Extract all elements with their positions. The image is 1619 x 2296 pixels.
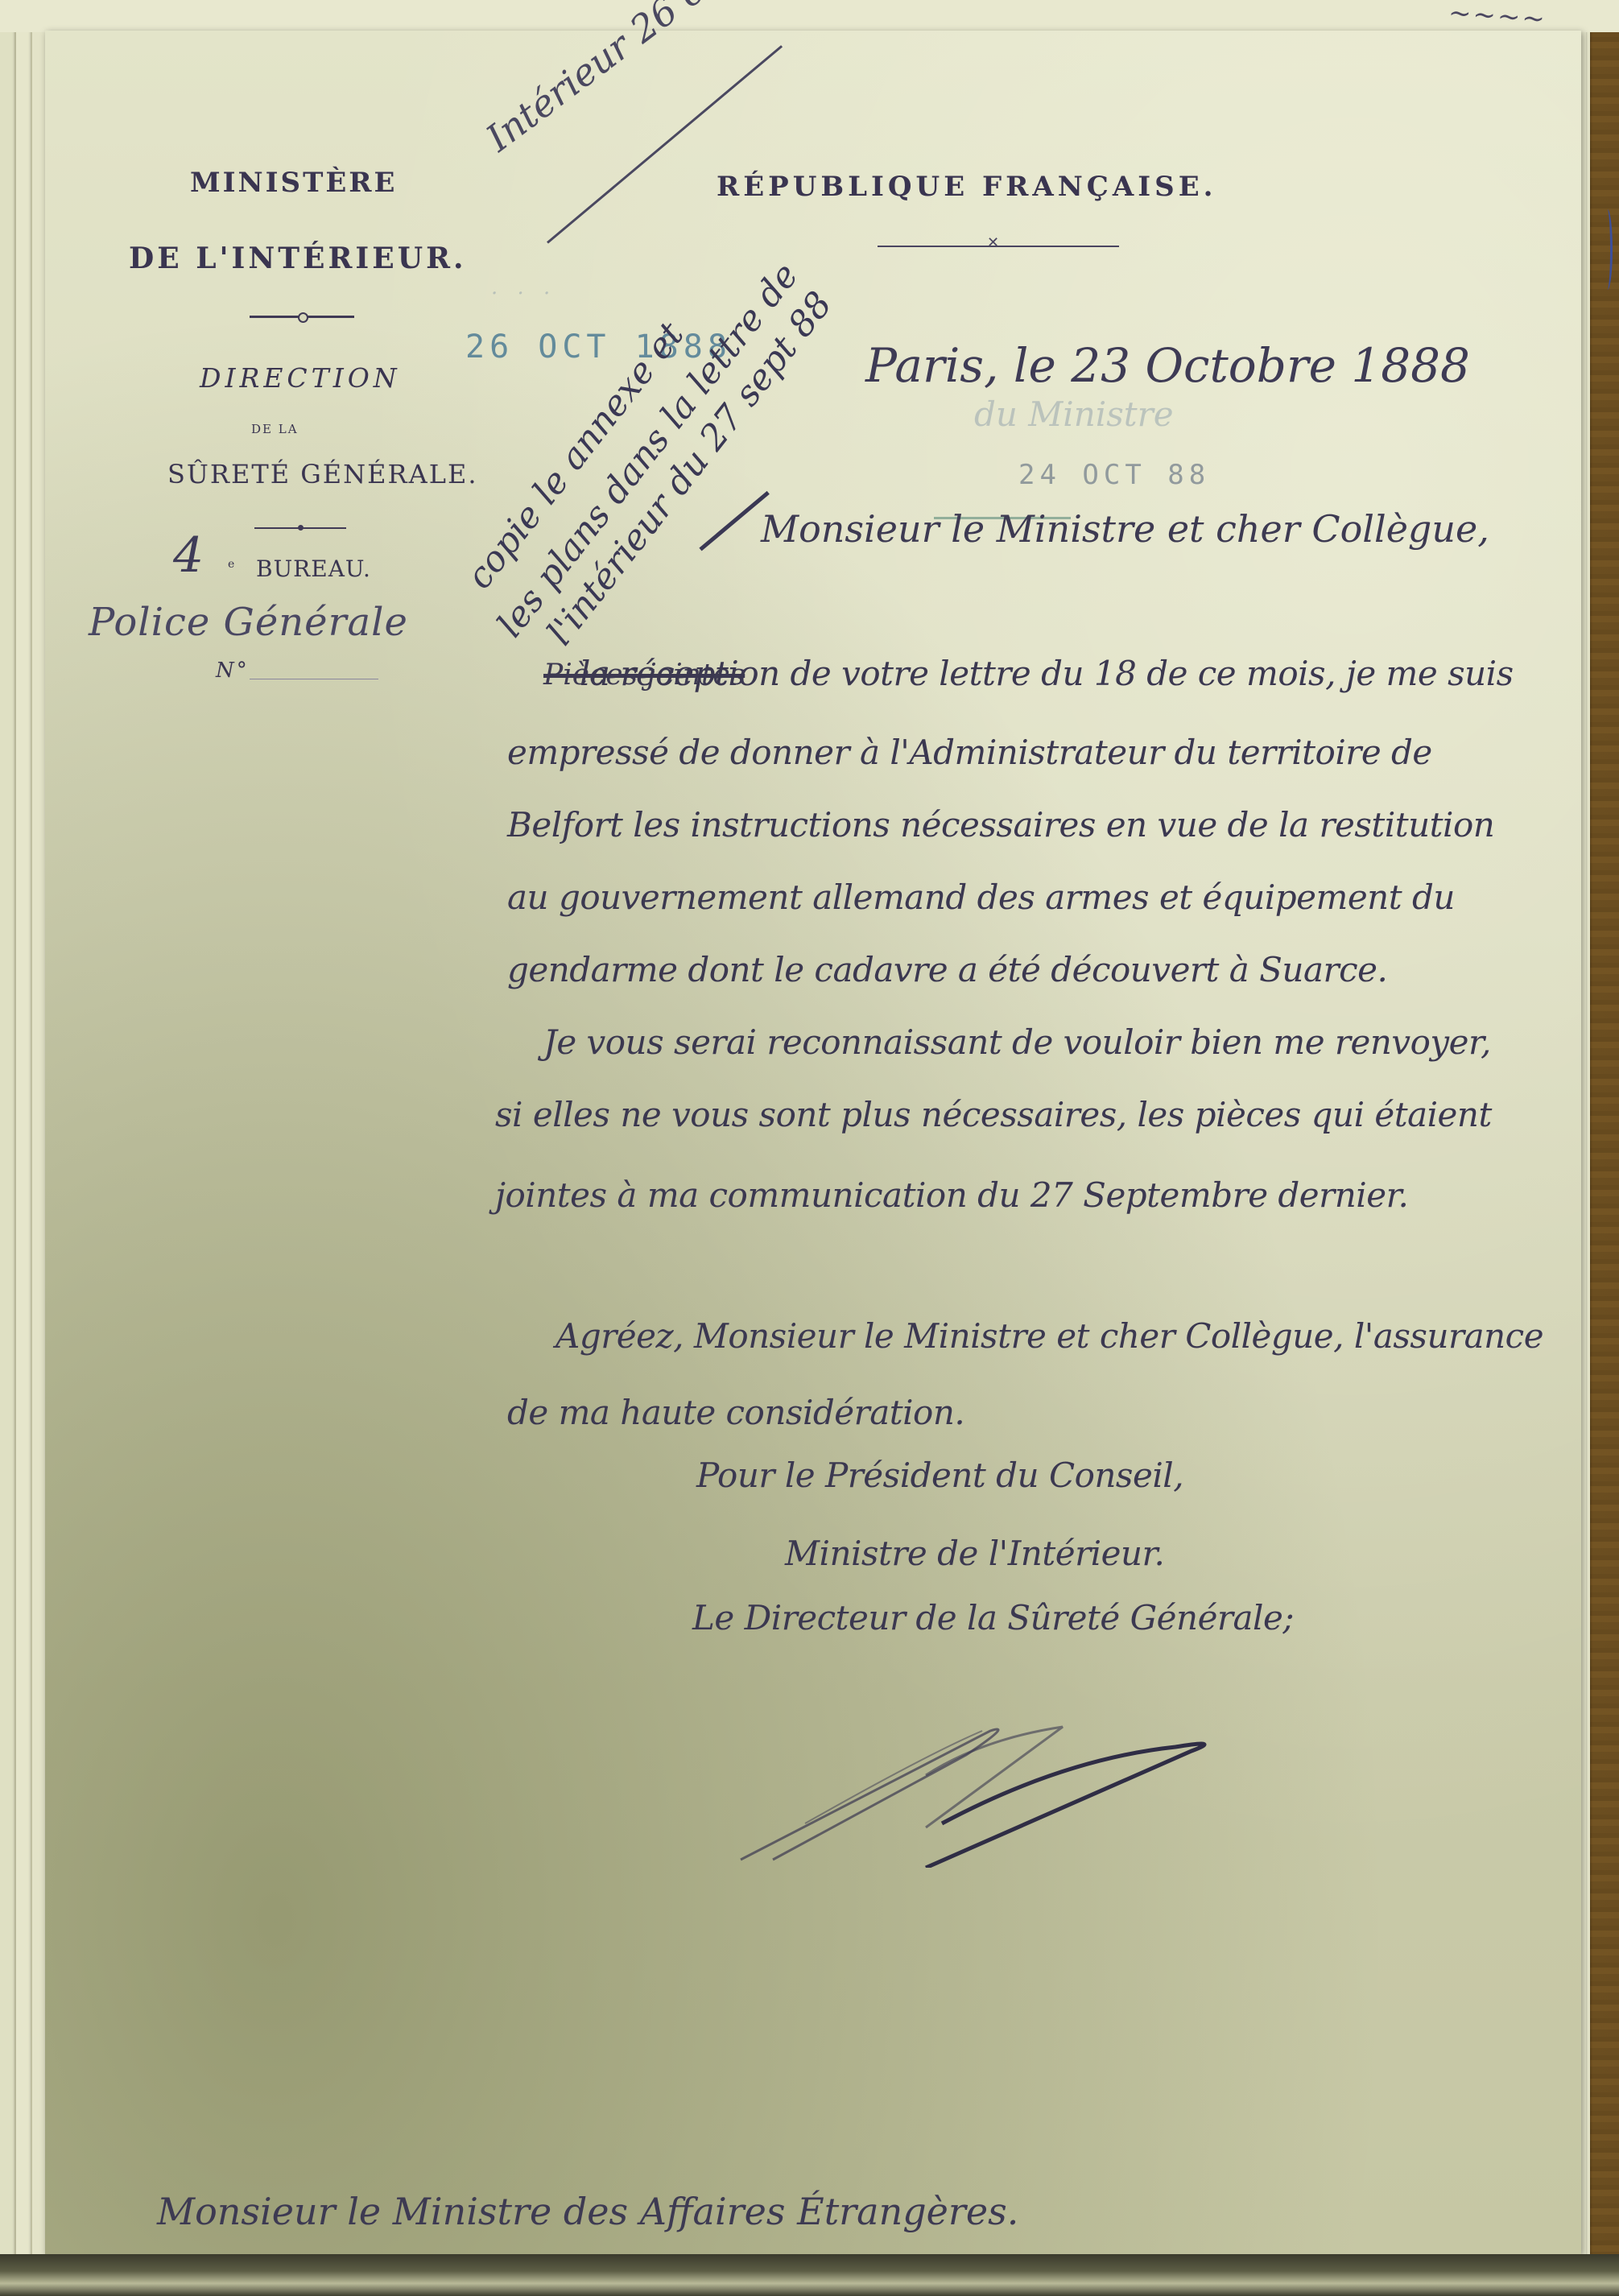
- body-line: si elles ne vous sont plus nécessaires, …: [495, 1095, 1492, 1134]
- signature-icon: [725, 1666, 1336, 1868]
- ornament-divider: [878, 246, 1119, 247]
- body-line: Je vous serai reconnaissant de vouloir b…: [543, 1022, 1491, 1062]
- surete-generale-label: SÛRETÉ GÉNÉRALE.: [167, 459, 477, 489]
- ornament-divider: [254, 527, 346, 529]
- body-line: au gouvernement allemand des armes et éq…: [507, 878, 1455, 917]
- numero-line: [250, 679, 378, 679]
- republic-heading: RÉPUBLIQUE FRANÇAISE.: [717, 171, 1216, 203]
- bureau-number-handwritten: 4: [173, 527, 204, 584]
- service-handwritten: Police Générale: [89, 600, 408, 645]
- closing-line: de ma haute considération.: [507, 1393, 964, 1432]
- body-line: Belfort les instructions nécessaires en …: [507, 805, 1494, 844]
- addressee-line: Monsieur le Ministre des Affaires Étrang…: [157, 2190, 1018, 2233]
- bureau-label: BUREAU.: [256, 555, 371, 582]
- signature-block-line: Le Directeur de la Sûreté Générale;: [692, 1598, 1294, 1637]
- direction-label: DIRECTION: [200, 362, 401, 394]
- page-bottom-edge-shadow: [0, 2254, 1619, 2296]
- signature-block-line: Pour le Président du Conseil,: [696, 1456, 1183, 1495]
- body-line: empressé de donner à l'Administrateur du…: [507, 733, 1432, 772]
- ministry-title: MINISTÈRE: [190, 167, 397, 199]
- closing-line: Agréez, Monsieur le Ministre et cher Col…: [555, 1316, 1543, 1356]
- ministry-subtitle: DE L'INTÉRIEUR.: [129, 242, 467, 275]
- body-line: gendarme dont le cadavre a été découvert…: [507, 950, 1387, 989]
- body-line: jointes à ma communication du 27 Septemb…: [495, 1175, 1408, 1215]
- de-la-label: DE LA: [251, 422, 299, 436]
- place-and-date: Paris, le 23 Octobre 1888: [865, 338, 1470, 393]
- blue-pencil-mark: [1602, 209, 1613, 290]
- faint-stamp-text: · · ·: [491, 282, 556, 306]
- bureau-superscript: e: [228, 558, 237, 571]
- ministry-date-stamp: 24 OCT 88: [1018, 459, 1210, 491]
- body-line: la réception de votre lettre du 18 de ce…: [580, 654, 1514, 693]
- ornament-divider: [250, 316, 354, 318]
- top-sheet-edge: [0, 0, 1619, 32]
- faint-ministry-stamp: du Ministre: [974, 394, 1174, 434]
- numero-label: N°: [216, 659, 250, 683]
- signature-block-line: Ministre de l'Intérieur.: [785, 1534, 1164, 1573]
- salutation: Monsieur le Ministre et cher Collègue,: [761, 507, 1489, 551]
